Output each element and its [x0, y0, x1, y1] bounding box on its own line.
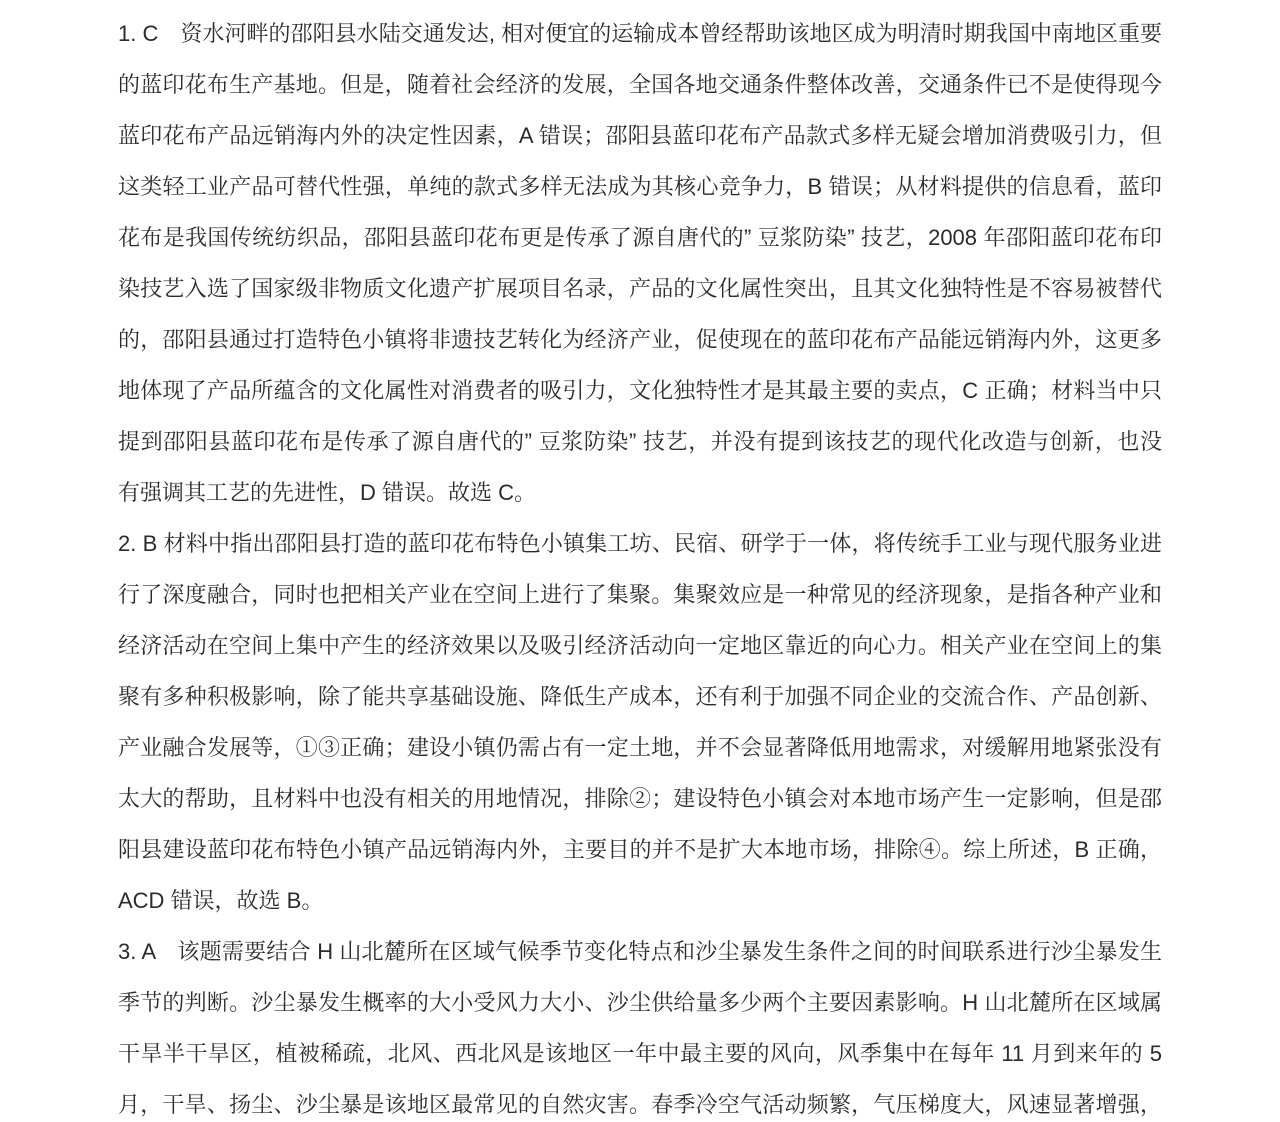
text-line: 季节的判断。沙尘暴发生概率的大小受风力大小、沙尘供给量多少两个主要因素影响。H …	[118, 977, 1162, 1028]
text-line: 有强调其工艺的先进性，D 错误。故选 C。	[118, 467, 1162, 518]
text-line: 3. A 该题需要结合 H 山北麓所在区域气候季节变化特点和沙尘暴发生条件之间的…	[118, 926, 1162, 977]
text-line: 花布是我国传统纺织品，邵阳县蓝印花布更是传承了源自唐代的” 豆浆防染” 技艺，2…	[118, 212, 1162, 263]
text-line: 产业融合发展等，①③正确；建设小镇仍需占有一定土地，并不会显著降低用地需求，对缓…	[118, 722, 1162, 773]
text-line: 行了深度融合，同时也把相关产业在空间上进行了集聚。集聚效应是一种常见的经济现象，…	[118, 569, 1162, 620]
document-page: 1. C 资水河畔的邵阳县水陆交通发达, 相对便宜的运输成本曾经帮助该地区成为明…	[0, 0, 1280, 1122]
text-line: ACD 错误，故选 B。	[118, 875, 1162, 926]
answer-paragraph-3: 3. A 该题需要结合 H 山北麓所在区域气候季节变化特点和沙尘暴发生条件之间的…	[118, 926, 1162, 1122]
text-line: 2. B 材料中指出邵阳县打造的蓝印花布特色小镇集工坊、民宿、研学于一体，将传统…	[118, 518, 1162, 569]
text-line: 太大的帮助，且材料中也没有相关的用地情况，排除②；建设特色小镇会对本地市场产生一…	[118, 773, 1162, 824]
text-line: 干旱半干旱区，植被稀疏，北风、西北风是该地区一年中最主要的风向，风季集中在每年 …	[118, 1028, 1162, 1079]
text-line: 聚有多种积极影响，除了能共享基础设施、降低生产成本，还有利于加强不同企业的交流合…	[118, 671, 1162, 722]
answer-paragraph-1: 1. C 资水河畔的邵阳县水陆交通发达, 相对便宜的运输成本曾经帮助该地区成为明…	[118, 8, 1162, 518]
text-line: 蓝印花布产品远销海内外的决定性因素，A 错误；邵阳县蓝印花布产品款式多样无疑会增…	[118, 110, 1162, 161]
text-line: 1. C 资水河畔的邵阳县水陆交通发达, 相对便宜的运输成本曾经帮助该地区成为明…	[118, 8, 1162, 59]
text-line: 的蓝印花布生产基地。但是，随着社会经济的发展，全国各地交通条件整体改善，交通条件…	[118, 59, 1162, 110]
answer-paragraph-2: 2. B 材料中指出邵阳县打造的蓝印花布特色小镇集工坊、民宿、研学于一体，将传统…	[118, 518, 1162, 926]
text-line: 的，邵阳县通过打造特色小镇将非遗技艺转化为经济产业，促使现在的蓝印花布产品能远销…	[118, 314, 1162, 365]
text-line: 经济活动在空间上集中产生的经济效果以及吸引经济活动向一定地区靠近的向心力。相关产…	[118, 620, 1162, 671]
text-line: 地体现了产品所蕴含的文化属性对消费者的吸引力，文化独特性才是其最主要的卖点，C …	[118, 365, 1162, 416]
text-line: 提到邵阳县蓝印花布是传承了源自唐代的” 豆浆防染” 技艺，并没有提到该技艺的现代…	[118, 416, 1162, 467]
text-line: 染技艺入选了国家级非物质文化遗产扩展项目名录，产品的文化属性突出，且其文化独特性…	[118, 263, 1162, 314]
text-line: 这类轻工业产品可替代性强，单纯的款式多样无法成为其核心竞争力，B 错误；从材料提…	[118, 161, 1162, 212]
text-line: 月，干旱、扬尘、沙尘暴是该地区最常见的自然灾害。春季冷空气活动频繁，气压梯度大，…	[118, 1079, 1162, 1122]
text-line: 阳县建设蓝印花布特色小镇产品远销海内外，主要目的并不是扩大本地市场，排除④。综上…	[118, 824, 1162, 875]
